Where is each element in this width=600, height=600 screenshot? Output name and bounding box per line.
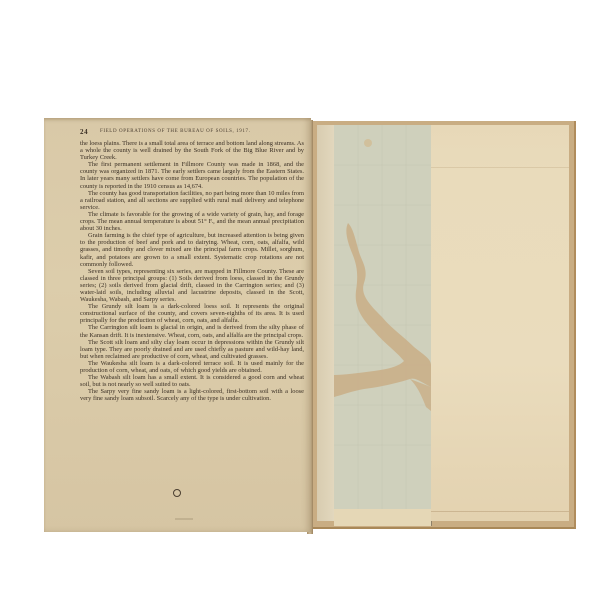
folded-soil-map[interactable] <box>334 125 432 510</box>
map-river-icon <box>334 125 431 510</box>
paragraph: The Sarpy very fine sandy loam is a ligh… <box>80 388 304 402</box>
body-text: the loess plains. There is a small total… <box>80 140 304 402</box>
binding-stub <box>317 125 335 521</box>
paragraph: The Waukesha silt loam is a dark-colored… <box>80 360 304 374</box>
paragraph: the loess plains. There is a small total… <box>80 140 304 161</box>
page-number: 24 <box>80 128 88 136</box>
paragraph: The Scott silt loam and silty clay loam … <box>80 339 304 360</box>
paragraph: The Wabash silt loam has a small extent.… <box>80 374 304 388</box>
paragraph: Seven soil types, representing six serie… <box>80 268 304 303</box>
paragraph: The climate is favorable for the growing… <box>80 211 304 232</box>
paragraph: The first permanent settlement in Fillmo… <box>80 161 304 189</box>
map-fold-back[interactable] <box>431 125 569 521</box>
paragraph: Grain farming is the chief type of agric… <box>80 232 304 267</box>
footer-mark <box>175 518 193 520</box>
open-book: 24 FIELD OPERATIONS OF THE BUREAU OF SOI… <box>0 0 600 600</box>
map-fold-flap <box>334 509 432 526</box>
running-head: FIELD OPERATIONS OF THE BUREAU OF SOILS,… <box>100 129 250 134</box>
fold-crease <box>431 167 569 168</box>
paragraph: The Grundy silt loam is a dark-colored l… <box>80 303 304 324</box>
paragraph: The Carrington silt loam is glacial in o… <box>80 324 304 338</box>
paragraph: The county has good transportation facil… <box>80 190 304 211</box>
circle-ornament-icon <box>173 489 181 497</box>
page-header: 24 FIELD OPERATIONS OF THE BUREAU OF SOI… <box>80 128 306 138</box>
fold-crease <box>431 511 569 512</box>
left-page: 24 FIELD OPERATIONS OF THE BUREAU OF SOI… <box>44 118 311 532</box>
